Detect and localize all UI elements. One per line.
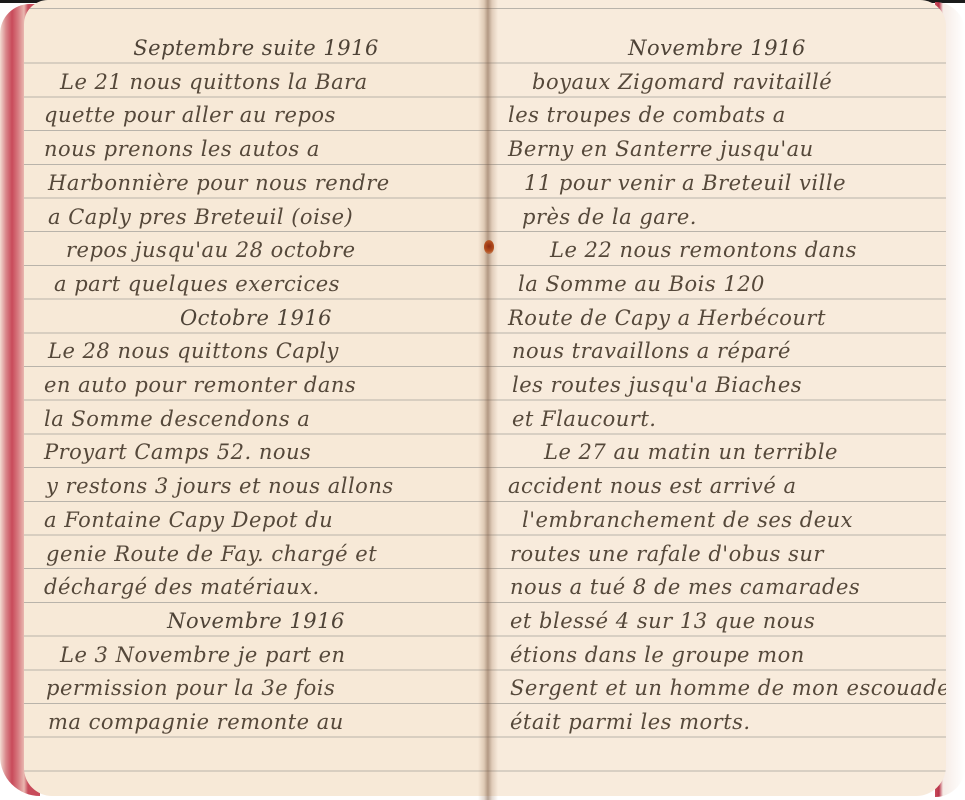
month-heading: Novembre 1916 bbox=[488, 33, 946, 63]
diary-line: ma compagnie remonte au bbox=[24, 707, 488, 737]
diary-line: en auto pour remonter dans bbox=[24, 370, 488, 400]
diary-line: Harbonnière pour nous rendre bbox=[24, 168, 488, 198]
diary-line: Le 3 Novembre je part en bbox=[24, 640, 488, 670]
diary-line: étions dans le groupe mon bbox=[488, 640, 946, 670]
month-heading: Octobre 1916 bbox=[24, 303, 488, 333]
diary-line: a Fontaine Capy Depot du bbox=[24, 505, 488, 535]
month-heading: Novembre 1916 bbox=[24, 606, 488, 636]
diary-line: Le 28 nous quittons Caply bbox=[24, 336, 488, 366]
diary-line: et Flaucourt. bbox=[488, 404, 946, 434]
diary-line: près de la gare. bbox=[488, 202, 946, 232]
diary-line: Route de Capy a Herbécourt bbox=[488, 303, 946, 333]
diary-line: nous travaillons a réparé bbox=[488, 336, 946, 366]
diary-line: et blessé 4 sur 13 que nous bbox=[488, 606, 946, 636]
month-heading: Septembre suite 1916 bbox=[24, 33, 488, 63]
diary-line: repos jusqu'au 28 octobre bbox=[24, 235, 488, 265]
diary-line: accident nous est arrivé a bbox=[488, 471, 946, 501]
diary-line: a Caply pres Breteuil (oise) bbox=[24, 202, 488, 232]
diary-line: Berny en Santerre jusqu'au bbox=[488, 134, 946, 164]
diary-line: la Somme au Bois 120 bbox=[488, 269, 946, 299]
diary-line: routes une rafale d'obus sur bbox=[488, 539, 946, 569]
diary-line: Le 22 nous remontons dans bbox=[488, 235, 946, 265]
diary-line: Le 21 nous quittons la Bara bbox=[24, 67, 488, 97]
diary-line: les routes jusqu'a Biaches bbox=[488, 370, 946, 400]
diary-line: permission pour la 3e fois bbox=[24, 673, 488, 703]
diary-line: était parmi les morts. bbox=[488, 707, 946, 737]
diary-line: déchargé des matériaux. bbox=[24, 572, 488, 602]
diary-line: a part quelques exercices bbox=[24, 269, 488, 299]
left-page: Septembre suite 1916Le 21 nous quittons … bbox=[24, 0, 488, 796]
right-page: Novembre 1916boyaux Zigomard ravitaillél… bbox=[488, 0, 946, 796]
diary-line: les troupes de combats a bbox=[488, 100, 946, 130]
diary-line: l'embranchement de ses deux bbox=[488, 505, 946, 535]
diary-line: boyaux Zigomard ravitaillé bbox=[488, 67, 946, 97]
diary-line: nous prenons les autos a bbox=[24, 134, 488, 164]
diary-line: genie Route de Fay. chargé et bbox=[24, 539, 488, 569]
book-spine bbox=[478, 0, 498, 800]
diary-line: 11 pour venir a Breteuil ville bbox=[488, 168, 946, 198]
ink-stain bbox=[484, 240, 494, 254]
diary-line: Le 27 au matin un terrible bbox=[488, 437, 946, 467]
diary-line: Proyart Camps 52. nous bbox=[24, 437, 488, 467]
open-notebook: Septembre suite 1916Le 21 nous quittons … bbox=[0, 0, 965, 800]
diary-line: la Somme descendons a bbox=[24, 404, 488, 434]
diary-line: Sergent et un homme de mon escouade bbox=[488, 673, 946, 703]
diary-line: quette pour aller au repos bbox=[24, 100, 488, 130]
diary-line: y restons 3 jours et nous allons bbox=[24, 471, 488, 501]
diary-line: nous a tué 8 de mes camarades bbox=[488, 572, 946, 602]
